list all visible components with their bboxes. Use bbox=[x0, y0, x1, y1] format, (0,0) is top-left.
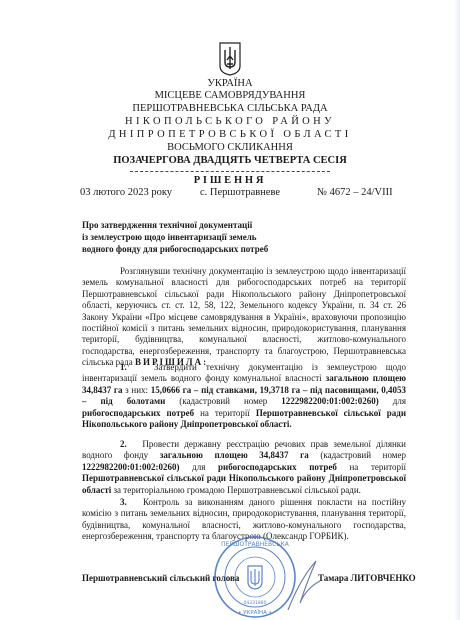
header-line-4: ДНІПРОПЕТРОВСЬКОЇ ОБЛАСТІ bbox=[0, 129, 460, 140]
item-text: для bbox=[379, 396, 406, 406]
header-line-1: МІСЦЕВЕ САМОВРЯДУВАННЯ bbox=[0, 90, 460, 101]
item-2: 2. Провести державну реєстрацію речових … bbox=[82, 439, 406, 496]
subject-line: Про затвердження технічної документації bbox=[82, 219, 268, 231]
item-text: (кадастровий номер bbox=[309, 450, 406, 460]
item-text: (кадастровий номер bbox=[165, 396, 281, 406]
intro-text: Розглянувши технічну документацію із зем… bbox=[82, 266, 406, 367]
item-number: 2. bbox=[120, 439, 127, 449]
divider bbox=[130, 171, 330, 172]
subject-block: Про затвердження технічної документації … bbox=[82, 219, 268, 255]
header-line-2: ПЕРШОТРАВНЕВСЬКА СІЛЬСЬКА РАДА bbox=[0, 103, 460, 114]
item-bold: 1222982200:01:002:0260) bbox=[281, 396, 379, 406]
subject-line: водного фонду для рибогосподарських потр… bbox=[82, 243, 268, 255]
item-number: 3. bbox=[120, 497, 127, 507]
header-line-5: ВОСЬМОГО СКЛИКАННЯ bbox=[0, 142, 460, 153]
decision-number: № 4672 – 24/VIII bbox=[317, 187, 393, 198]
item-number: 1. bbox=[120, 362, 127, 372]
document-type: РІШЕННЯ bbox=[0, 175, 460, 186]
svg-text:• УКРАЇНА •: • УКРАЇНА • bbox=[238, 609, 272, 616]
item-bold: рибогосподарських потреб bbox=[218, 462, 337, 472]
signatory-name: Тамара ЛИТОВЧЕНКО bbox=[318, 573, 416, 583]
subject-line: із землеустрою щодо інвентаризації земел… bbox=[82, 231, 268, 243]
item-text: на території bbox=[194, 408, 256, 418]
decision-date: 03 лютого 2023 року bbox=[80, 187, 172, 198]
intro-paragraph: Розглянувши технічну документацію із зем… bbox=[82, 266, 406, 369]
item-text: за територіальною громадою Першотравневс… bbox=[111, 485, 361, 495]
item-text: з них: bbox=[123, 385, 151, 395]
header-line-3: НІКОПОЛЬСЬКОГО РАЙОНУ bbox=[0, 116, 460, 127]
svg-text:ПЕРШОТРАВНЕВСЬКА: ПЕРШОТРАВНЕВСЬКА bbox=[221, 541, 290, 548]
decision-place: с. Першотравневе bbox=[200, 187, 280, 198]
item-1: 1. Затвердити технічну документацію із з… bbox=[82, 362, 406, 430]
item-text: для bbox=[180, 462, 219, 472]
item-bold: 1222982200:01:002:0260) bbox=[82, 462, 180, 472]
session-title: ПОЗАЧЕРГОВА ДВАДЦЯТЬ ЧЕТВЕРТА СЕСІЯ bbox=[0, 155, 460, 166]
item-bold: загальною площею 34,8437 га bbox=[160, 450, 309, 460]
svg-text:04331880: 04331880 bbox=[244, 600, 267, 606]
handwritten-signature bbox=[280, 555, 325, 615]
item-text: на території bbox=[337, 462, 406, 472]
coat-of-arms-icon bbox=[219, 42, 241, 76]
header-country: УКРАЇНА bbox=[0, 78, 460, 89]
document-page: УКРАЇНА МІСЦЕВЕ САМОВРЯДУВАННЯ ПЕРШОТРАВ… bbox=[0, 0, 460, 620]
item-bold: рибогосподарських потреб bbox=[82, 408, 194, 418]
